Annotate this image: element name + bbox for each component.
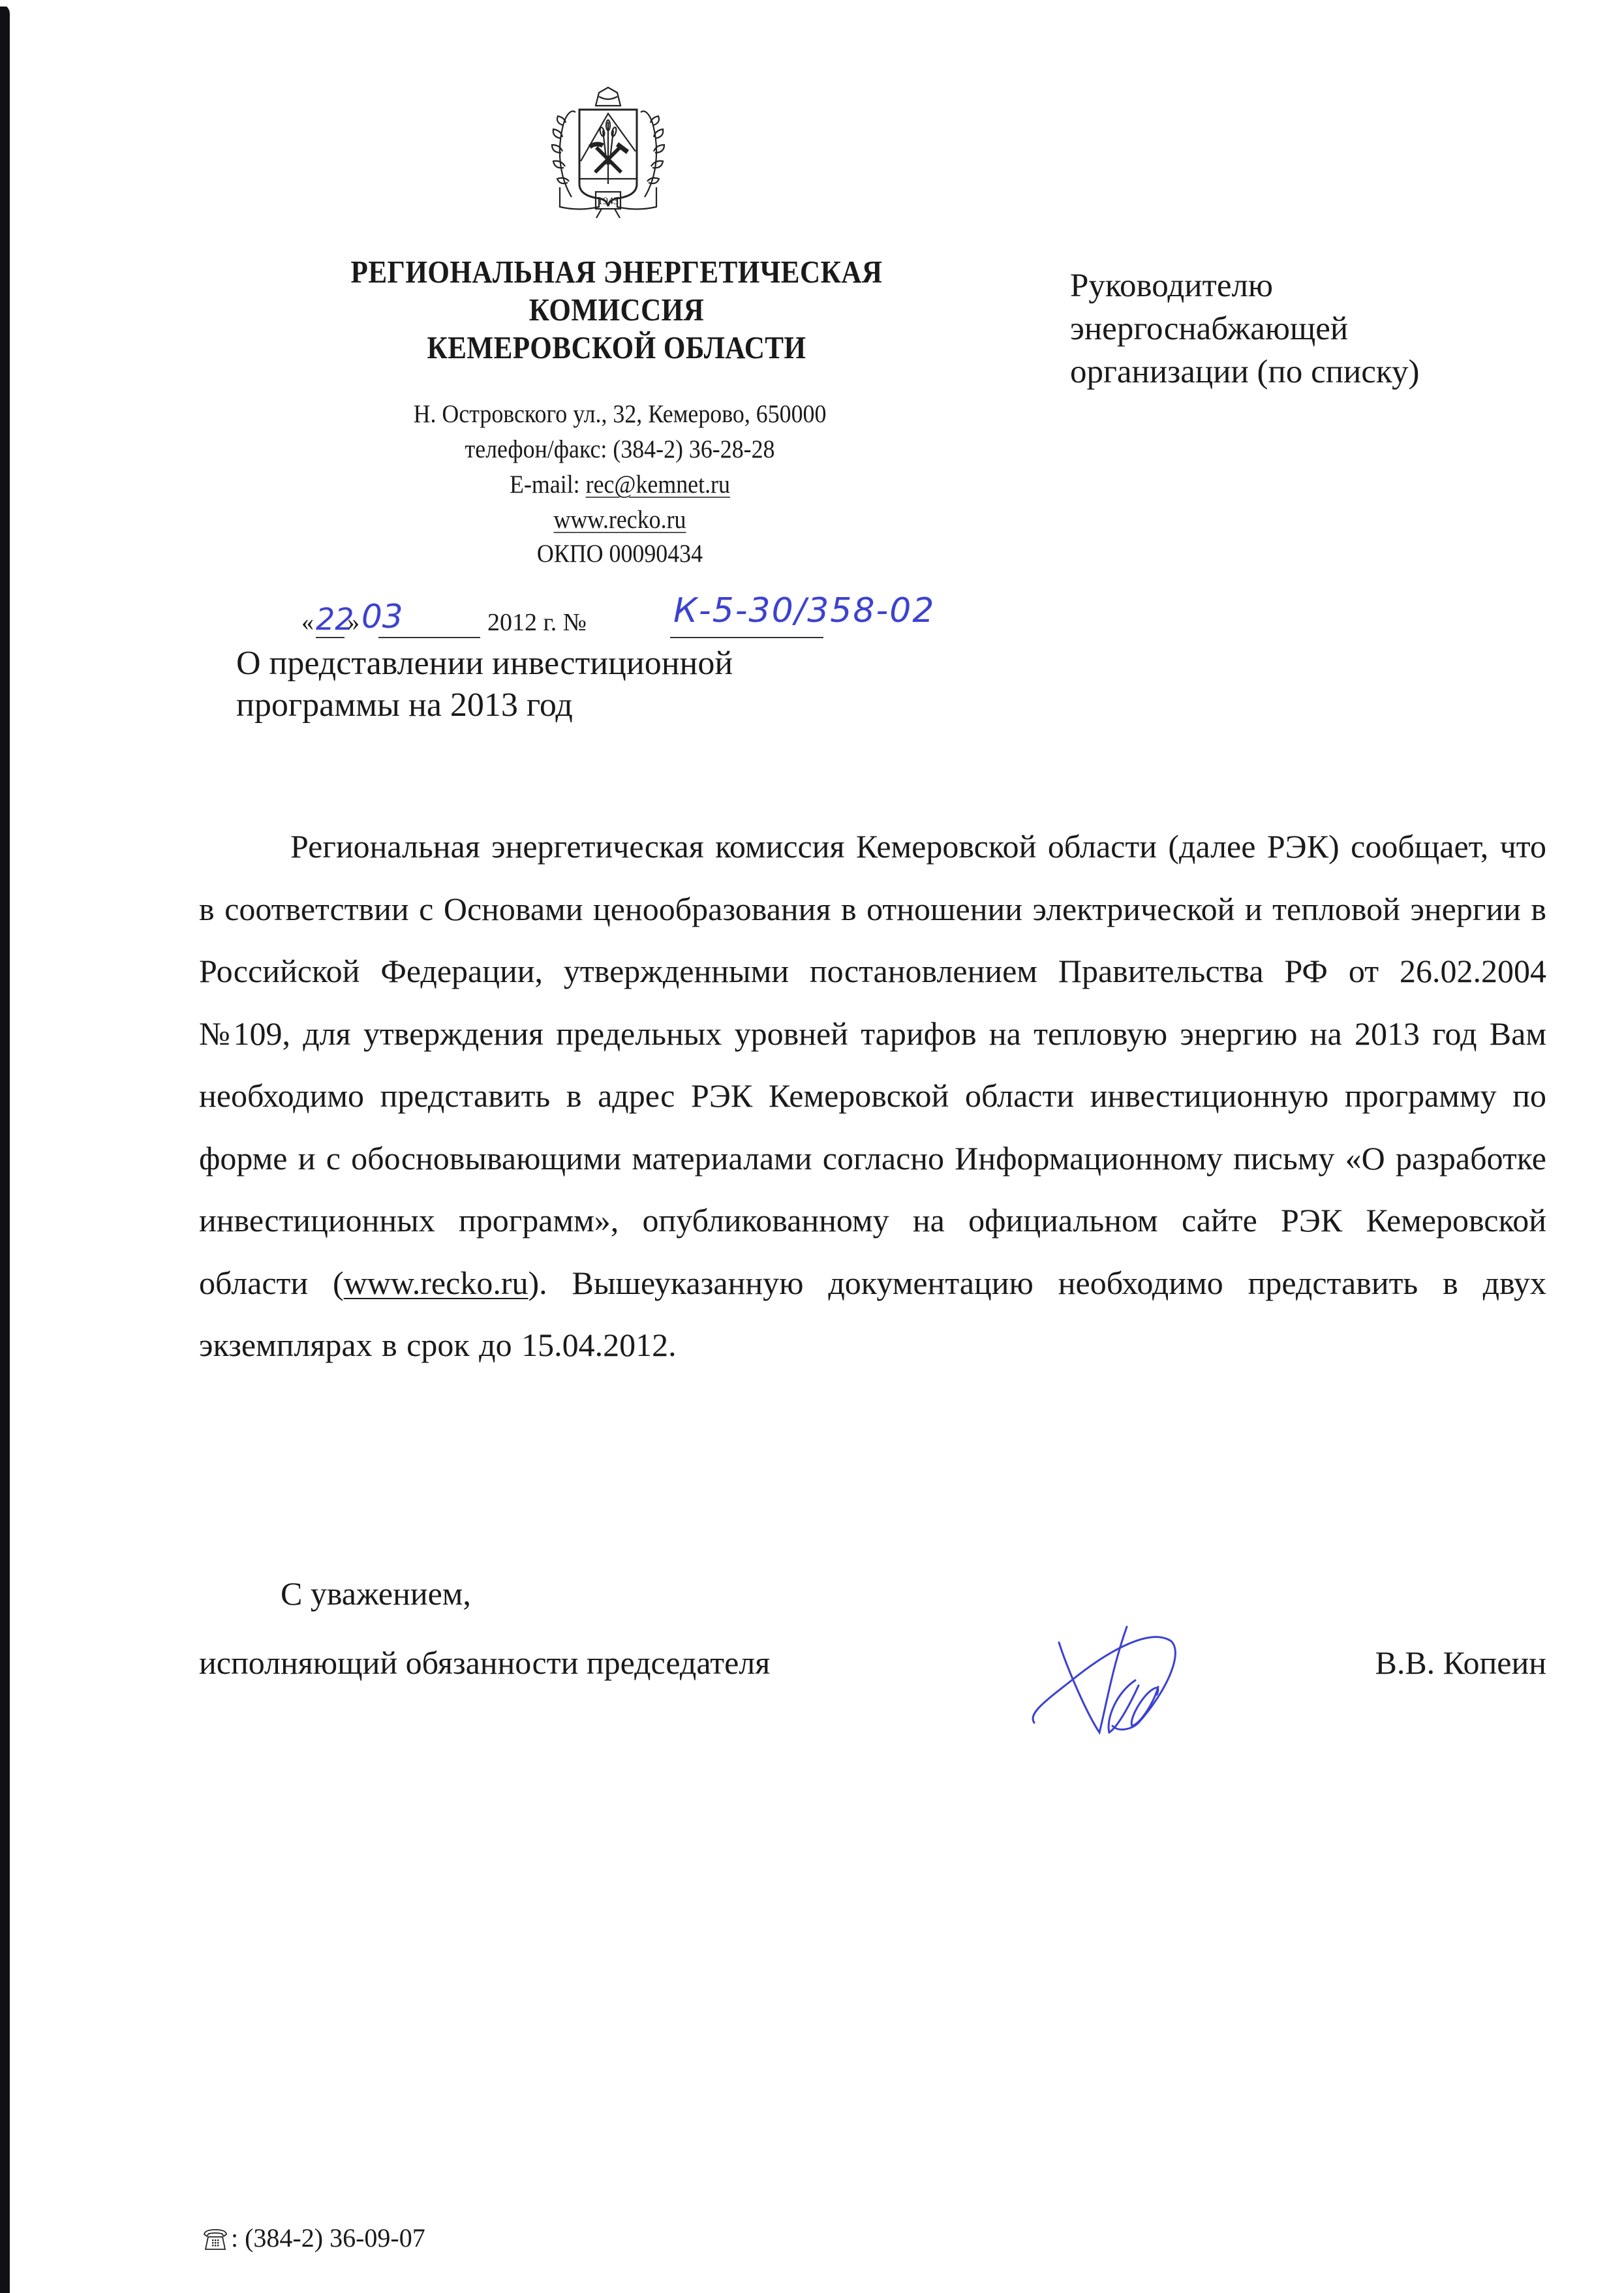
coat-of-arms-icon: 1943 [534, 73, 682, 224]
svg-text:1943: 1943 [598, 196, 619, 207]
signatory-name: В.В. Копеин [1344, 1643, 1546, 1682]
signatory-position: исполняющий обязанности председателя [199, 1643, 770, 1682]
telephone-icon [202, 2226, 228, 2250]
subject-line-1: О представлении инвестиционной [236, 643, 823, 685]
body-website-link[interactable]: www.recko.ru [344, 1265, 529, 1301]
subject-line-2: программы на 2013 год [236, 685, 823, 726]
scan-edge-corner [0, 0, 31, 7]
address: Н. Островского ул., 32, Кемерово, 650000 [316, 397, 923, 432]
body-text-part-1: Региональная энергетическая комиссия Кем… [199, 828, 1546, 1301]
recipient-line-1: Руководителю [1070, 264, 1527, 307]
year-label: 2012 г. № [487, 608, 587, 637]
email-line: E-mail: rec@kemnet.ru [316, 467, 923, 502]
date-close-quote: » [347, 608, 360, 637]
date-month: 03 [361, 598, 403, 636]
footer-phone-number: : (384-2) 36-09-07 [231, 2222, 425, 2255]
body-paragraph: Региональная энергетическая комиссия Кем… [199, 816, 1546, 1377]
registration-number: К-5-30/358-02 [673, 591, 935, 630]
org-title-line-2: КОМИССИЯ [327, 291, 907, 329]
email-link[interactable]: rec@kemnet.ru [586, 470, 730, 499]
scan-edge [0, 4, 10, 2293]
registration-line: « 22 » 03 2012 г. № К-5-30/358-02 [301, 599, 967, 645]
website-line: www.recko.ru [316, 502, 923, 538]
footer-phone: : (384-2) 36-09-07 [202, 2222, 425, 2255]
number-underline [670, 637, 823, 638]
month-underline [378, 637, 480, 638]
email-label: E-mail: [510, 470, 586, 499]
day-underline [316, 637, 345, 638]
org-title-line-1: РЕГИОНАЛЬНАЯ ЭНЕРГЕТИЧЕСКАЯ [327, 253, 907, 291]
subject: О представлении инвестиционной программы… [236, 643, 823, 726]
okpo: ОКПО 00090434 [316, 536, 923, 572]
website-link[interactable]: www.recko.ru [554, 506, 686, 534]
recipient-line-2: энергоснабжающей [1070, 307, 1527, 350]
phone-fax: телефон/факс: (384-2) 36-28-28 [316, 432, 923, 467]
handwritten-signature [1021, 1608, 1263, 1746]
recipient-block: Руководителю энергоснабжающей организаци… [1070, 264, 1527, 393]
org-title-line-3: КЕМЕРОВСКОЙ ОБЛАСТИ [327, 329, 907, 367]
date-open-quote: « [301, 608, 314, 637]
recipient-line-3: организации (по списку) [1070, 350, 1527, 393]
closing-regards: С уважением, [281, 1574, 471, 1613]
